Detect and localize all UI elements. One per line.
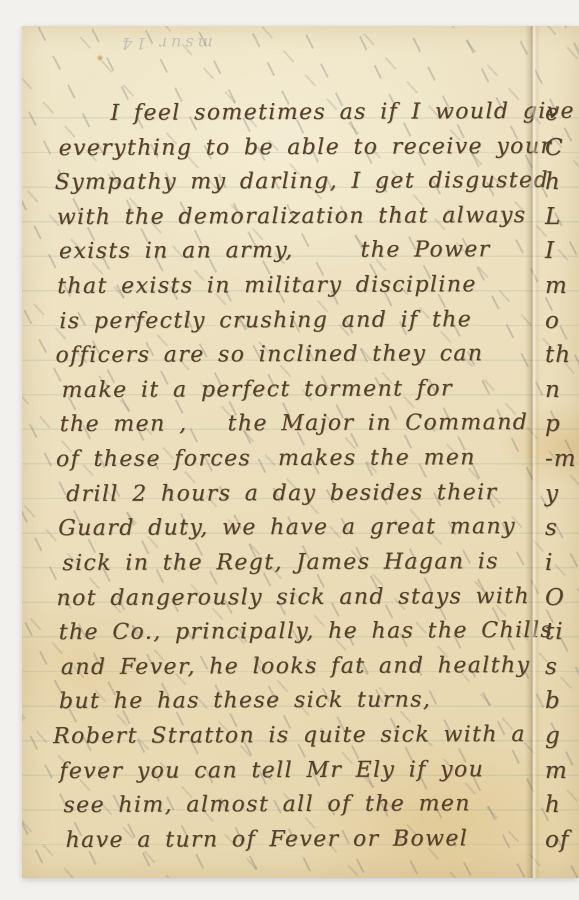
second-page-line-fragment: h [545,788,579,823]
letter-line: see him, almost all of the men [63,787,559,824]
second-page-line-fragment: C [545,131,579,166]
letter-line: not dangerously sick and stays with [56,579,558,616]
faint-pencil-inscription: msur 14 [118,34,213,53]
second-page-line-fragment: O [545,581,579,616]
letter-line: drill 2 hours a day besides their [66,476,558,513]
letter-page: msur 14 I feel sometimes as if I would g… [22,26,579,878]
letter-line: with the demoralization that always [57,199,557,236]
second-page-line-fragment: y [545,477,579,512]
second-page-line-fragment: b [545,684,579,719]
second-page-line-fragment: ti [545,615,579,650]
letter-line: officers are so inclined they can [55,337,557,374]
letter-line: the men , the Major in Command [60,406,558,443]
second-page-line-fragment: i [545,546,579,581]
letter-line: the Co., principally, he has the Chills [59,614,559,651]
second-page-line-fragment: n [545,373,579,408]
second-page-line-fragment: -m [545,442,579,477]
second-page-line-fragment: I [545,234,579,269]
letter-line: that exists in military discipline [57,268,557,305]
second-page-fragments: eChLImothnp-mysiOtisbgmhof [545,96,579,857]
letter-line: and Fever, he looks fat and healthy [61,649,559,686]
letter-line: fever you can tell Mr Ely if you [59,752,559,789]
letter-line: make it a perfect torment for [62,372,558,409]
second-page-line-fragment: e [545,96,579,131]
second-page-line-fragment: o [545,304,579,339]
second-page-line-fragment: L [545,200,579,235]
letter-body: I feel sometimes as if I would giveevery… [54,95,559,859]
letter-line: everything to be able to receive your [58,130,556,167]
letter-line: but he has these sick turns, [59,683,559,720]
letter-line: is perfectly crushing and if the [59,303,557,340]
second-page-line-fragment: s [545,650,579,685]
letter-line: I feel sometimes as if I would give [110,95,556,132]
second-page-line-fragment: th [545,338,579,373]
second-page-line-fragment: s [545,511,579,546]
second-page-line-fragment: m [545,754,579,789]
letter-line: Sympathy my darling, I get disgusted [55,164,557,201]
second-page-line-fragment: g [545,719,579,754]
letter-line: Robert Stratton is quite sick with a [53,718,559,755]
letter-line: Guard duty, we have a great many [58,510,558,547]
letter-line: sick in the Regt, James Hagan is [62,545,558,582]
letter-line: of these forces makes the men [56,441,558,478]
letter-line: exists in an army, the Power [59,233,557,270]
second-page-line-fragment: p [545,407,579,442]
second-page-line-fragment: of [545,823,579,858]
letter-line: have a turn of Fever or Bowel [66,822,560,859]
second-page-line-fragment: m [545,269,579,304]
second-page-line-fragment: h [545,165,579,200]
